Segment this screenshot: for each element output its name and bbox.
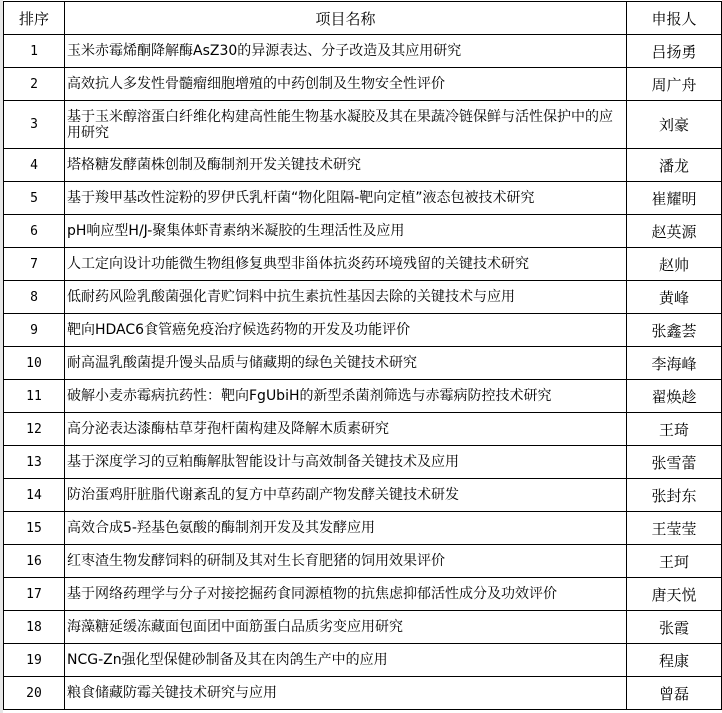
rank-cell: 3 [4, 101, 65, 149]
table-row: 18海藻糖延缓冻藏面包面团中面筋蛋白品质劣变应用研究张霞 [4, 611, 722, 644]
project-cell: 基于网络药理学与分子对接挖掘药食同源植物的抗焦虑抑郁活性成分及功效评价 [65, 578, 627, 611]
project-cell: 基于深度学习的豆粕酶解肽智能设计与高效制备关键技术及应用 [65, 446, 627, 479]
table-row: 11破解小麦赤霉病抗药性：靶向FgUbiH的新型杀菌剂筛选与赤霉病防控技术研究翟… [4, 380, 722, 413]
applicant-cell: 张雪蕾 [627, 446, 722, 479]
table-row: 15高效合成5-羟基色氨酸的酶制剂开发及其发酵应用王莹莹 [4, 512, 722, 545]
project-cell: 人工定向设计功能微生物组修复典型非甾体抗炎药环境残留的关键技术研究 [65, 248, 627, 281]
rank-cell: 17 [4, 578, 65, 611]
rank-cell: 9 [4, 314, 65, 347]
project-cell: 基于羧甲基改性淀粉的罗伊氏乳杆菌“物化阻隔-靶向定植”液态包被技术研究 [65, 182, 627, 215]
project-cell: 粮食储藏防霉关键技术研究与应用 [65, 677, 627, 710]
applicant-cell: 刘豪 [627, 101, 722, 149]
applicant-cell: 王珂 [627, 545, 722, 578]
rank-cell: 6 [4, 215, 65, 248]
project-cell: 靶向HDAC6食管癌免疫治疗候选药物的开发及功能评价 [65, 314, 627, 347]
applicant-cell: 张霞 [627, 611, 722, 644]
applicant-cell: 程康 [627, 644, 722, 677]
project-cell: 玉米赤霉烯酮降解酶AsZ30的异源表达、分子改造及其应用研究 [65, 35, 627, 68]
project-cell: 高效合成5-羟基色氨酸的酶制剂开发及其发酵应用 [65, 512, 627, 545]
applicant-cell: 唐天悦 [627, 578, 722, 611]
table-row: 8低耐药风险乳酸菌强化青贮饲料中抗生素抗性基因去除的关键技术与应用黄峰 [4, 281, 722, 314]
rank-cell: 13 [4, 446, 65, 479]
header-applicant: 申报人 [627, 2, 722, 35]
table-row: 20粮食储藏防霉关键技术研究与应用曾磊 [4, 677, 722, 710]
header-row: 排序 项目名称 申报人 [4, 2, 722, 35]
rank-cell: 19 [4, 644, 65, 677]
table-row: 12高分泌表达漆酶枯草芽孢杆菌构建及降解木质素研究王琦 [4, 413, 722, 446]
rank-cell: 10 [4, 347, 65, 380]
project-cell: 高效抗人多发性骨髓瘤细胞增殖的中药创制及生物安全性评价 [65, 68, 627, 101]
table-row: 17基于网络药理学与分子对接挖掘药食同源植物的抗焦虑抑郁活性成分及功效评价唐天悦 [4, 578, 722, 611]
rank-cell: 18 [4, 611, 65, 644]
rank-cell: 12 [4, 413, 65, 446]
applicant-cell: 黄峰 [627, 281, 722, 314]
table-row: 16红枣渣生物发酵饲料的研制及其对生长育肥猪的饲用效果评价王珂 [4, 545, 722, 578]
rank-cell: 14 [4, 479, 65, 512]
applicant-cell: 王琦 [627, 413, 722, 446]
applicant-cell: 吕扬勇 [627, 35, 722, 68]
project-cell: 海藻糖延缓冻藏面包面团中面筋蛋白品质劣变应用研究 [65, 611, 627, 644]
project-cell: 高分泌表达漆酶枯草芽孢杆菌构建及降解木质素研究 [65, 413, 627, 446]
applicant-cell: 李海峰 [627, 347, 722, 380]
rank-cell: 5 [4, 182, 65, 215]
rank-cell: 15 [4, 512, 65, 545]
applicant-cell: 张鑫荟 [627, 314, 722, 347]
project-cell: pH响应型H/J-聚集体虾青素纳米凝胶的生理活性及应用 [65, 215, 627, 248]
project-cell: 基于玉米醇溶蛋白纤维化构建高性能生物基水凝胶及其在果蔬冷链保鲜与活性保护中的应用… [65, 101, 627, 149]
applicant-cell: 张封东 [627, 479, 722, 512]
table-row: 2高效抗人多发性骨髓瘤细胞增殖的中药创制及生物安全性评价周广舟 [4, 68, 722, 101]
project-table: 排序 项目名称 申报人 1玉米赤霉烯酮降解酶AsZ30的异源表达、分子改造及其应… [3, 1, 722, 710]
table-row: 19NCG-Zn强化型保健砂制备及其在肉鸽生产中的应用程康 [4, 644, 722, 677]
rank-cell: 8 [4, 281, 65, 314]
table-row: 7人工定向设计功能微生物组修复典型非甾体抗炎药环境残留的关键技术研究赵帅 [4, 248, 722, 281]
applicant-cell: 王莹莹 [627, 512, 722, 545]
rank-cell: 4 [4, 149, 65, 182]
table-row: 14防治蛋鸡肝脏脂代谢紊乱的复方中草药副产物发酵关键技术研发张封东 [4, 479, 722, 512]
table-row: 4塔格糖发酵菌株创制及酶制剂开发关键技术研究潘龙 [4, 149, 722, 182]
rank-cell: 11 [4, 380, 65, 413]
applicant-cell: 赵英源 [627, 215, 722, 248]
table-row: 5基于羧甲基改性淀粉的罗伊氏乳杆菌“物化阻隔-靶向定植”液态包被技术研究崔耀明 [4, 182, 722, 215]
rank-cell: 7 [4, 248, 65, 281]
table-row: 9靶向HDAC6食管癌免疫治疗候选药物的开发及功能评价张鑫荟 [4, 314, 722, 347]
applicant-cell: 崔耀明 [627, 182, 722, 215]
table-row: 13基于深度学习的豆粕酶解肽智能设计与高效制备关键技术及应用张雪蕾 [4, 446, 722, 479]
table-row: 1玉米赤霉烯酮降解酶AsZ30的异源表达、分子改造及其应用研究吕扬勇 [4, 35, 722, 68]
header-rank: 排序 [4, 2, 65, 35]
project-cell: 低耐药风险乳酸菌强化青贮饲料中抗生素抗性基因去除的关键技术与应用 [65, 281, 627, 314]
project-cell: 破解小麦赤霉病抗药性：靶向FgUbiH的新型杀菌剂筛选与赤霉病防控技术研究 [65, 380, 627, 413]
header-project: 项目名称 [65, 2, 627, 35]
applicant-cell: 翟焕趁 [627, 380, 722, 413]
rank-cell: 20 [4, 677, 65, 710]
project-cell: NCG-Zn强化型保健砂制备及其在肉鸽生产中的应用 [65, 644, 627, 677]
table-row: 3基于玉米醇溶蛋白纤维化构建高性能生物基水凝胶及其在果蔬冷链保鲜与活性保护中的应… [4, 101, 722, 149]
table-row: 10耐高温乳酸菌提升馒头品质与储藏期的绿色关键技术研究李海峰 [4, 347, 722, 380]
project-cell: 红枣渣生物发酵饲料的研制及其对生长育肥猪的饲用效果评价 [65, 545, 627, 578]
project-cell: 防治蛋鸡肝脏脂代谢紊乱的复方中草药副产物发酵关键技术研发 [65, 479, 627, 512]
applicant-cell: 曾磊 [627, 677, 722, 710]
rank-cell: 16 [4, 545, 65, 578]
applicant-cell: 赵帅 [627, 248, 722, 281]
rank-cell: 2 [4, 68, 65, 101]
applicant-cell: 潘龙 [627, 149, 722, 182]
table-row: 6pH响应型H/J-聚集体虾青素纳米凝胶的生理活性及应用赵英源 [4, 215, 722, 248]
project-cell: 耐高温乳酸菌提升馒头品质与储藏期的绿色关键技术研究 [65, 347, 627, 380]
project-cell: 塔格糖发酵菌株创制及酶制剂开发关键技术研究 [65, 149, 627, 182]
applicant-cell: 周广舟 [627, 68, 722, 101]
rank-cell: 1 [4, 35, 65, 68]
